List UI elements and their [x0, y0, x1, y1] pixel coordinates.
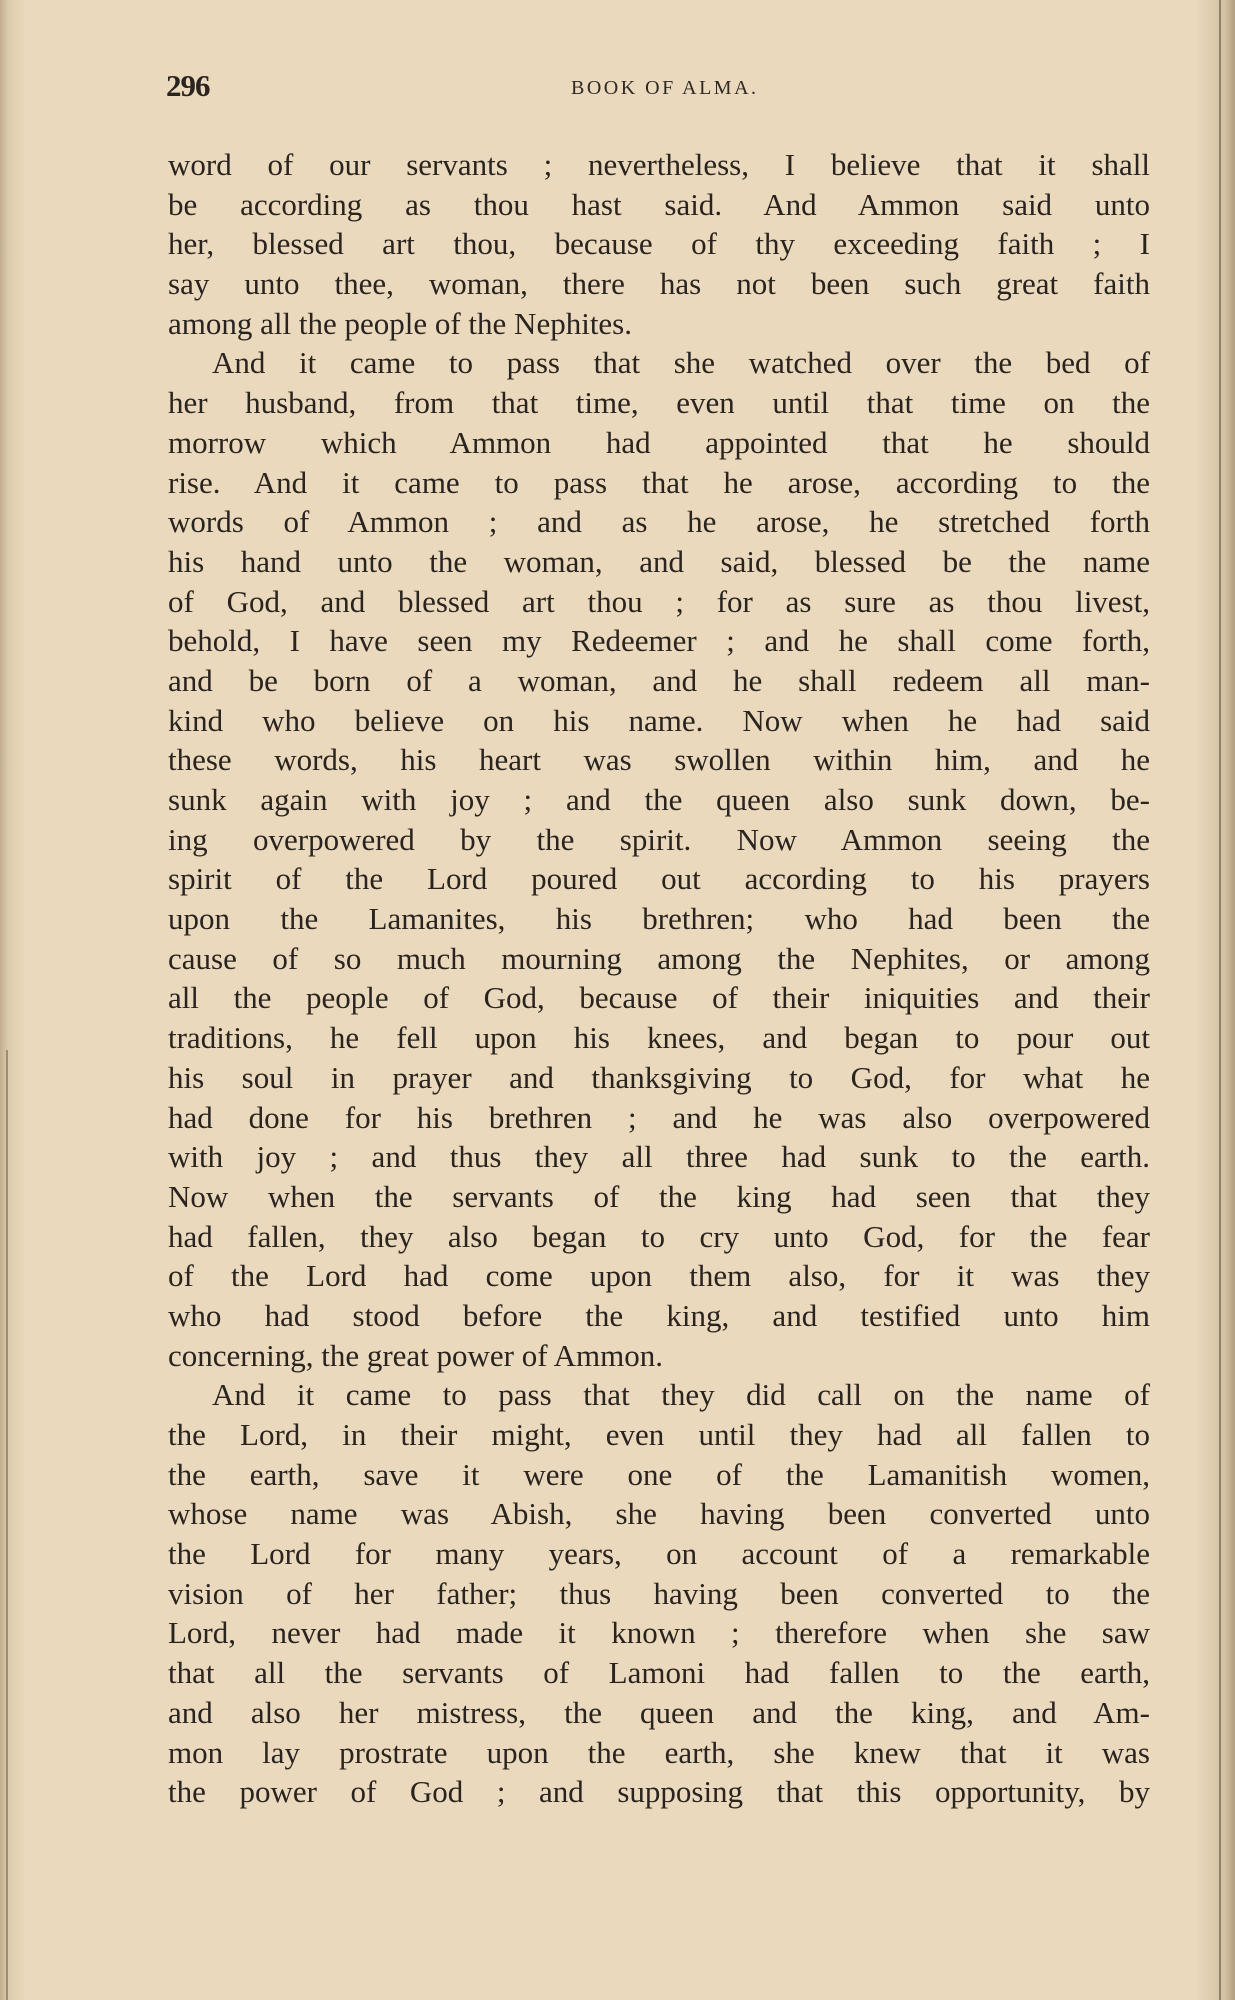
text-line: vision of her father; thus having been c… — [168, 1574, 1150, 1614]
body-text: word of our servants ; nevertheless, I b… — [168, 145, 1150, 1812]
text-line: and also her mistress, the queen and the… — [168, 1693, 1150, 1733]
page-edge-right — [1219, 0, 1221, 2000]
text-line: And it came to pass that she watched ove… — [168, 343, 1150, 383]
text-line: concerning, the great power of Ammon. — [168, 1336, 1150, 1376]
text-line: behold, I have seen my Redeemer ; and he… — [168, 621, 1150, 661]
text-line: and be born of a woman, and he shall red… — [168, 661, 1150, 701]
text-line: the Lord, in their might, even until the… — [168, 1415, 1150, 1455]
text-line: Lord, never had made it known ; therefor… — [168, 1613, 1150, 1653]
text-line: among all the people of the Nephites. — [168, 304, 1150, 344]
text-line: these words, his heart was swollen withi… — [168, 740, 1150, 780]
text-line: say unto thee, woman, there has not been… — [168, 264, 1150, 304]
text-line: And it came to pass that they did call o… — [168, 1375, 1150, 1415]
running-title: BOOK OF ALMA. — [571, 77, 759, 100]
text-line: who had stood before the king, and testi… — [168, 1296, 1150, 1336]
text-line: whose name was Abish, she having been co… — [168, 1494, 1150, 1534]
text-line: upon the Lamanites, his brethren; who ha… — [168, 899, 1150, 939]
text-line: the Lord for many years, on account of a… — [168, 1534, 1150, 1574]
text-line: his soul in prayer and thanksgiving to G… — [168, 1058, 1150, 1098]
text-line: sunk again with joy ; and the queen also… — [168, 780, 1150, 820]
text-line: that all the servants of Lamoni had fall… — [168, 1653, 1150, 1693]
text-line: traditions, he fell upon his knees, and … — [168, 1018, 1150, 1058]
book-page: 296 BOOK OF ALMA. word of our servants ;… — [0, 0, 1235, 2000]
text-line: all the people of God, because of their … — [168, 978, 1150, 1018]
text-line: cause of so much mourning among the Neph… — [168, 939, 1150, 979]
text-line: spirit of the Lord poured out according … — [168, 859, 1150, 899]
page-edge-left — [6, 1050, 8, 2000]
text-line: of God, and blessed art thou ; for as su… — [168, 582, 1150, 622]
text-line: words of Ammon ; and as he arose, he str… — [168, 502, 1150, 542]
text-line: the power of God ; and supposing that th… — [168, 1772, 1150, 1812]
text-line: with joy ; and thus they all three had s… — [168, 1137, 1150, 1177]
text-line: morrow which Ammon had appointed that he… — [168, 423, 1150, 463]
page-number: 296 — [166, 68, 210, 104]
text-line: her, blessed art thou, because of thy ex… — [168, 224, 1150, 264]
text-line: her husband, from that time, even until … — [168, 383, 1150, 423]
text-line: his hand unto the woman, and said, bless… — [168, 542, 1150, 582]
text-line: Now when the servants of the king had se… — [168, 1177, 1150, 1217]
text-line: mon lay prostrate upon the earth, she kn… — [168, 1733, 1150, 1773]
text-line: rise. And it came to pass that he arose,… — [168, 463, 1150, 503]
text-line: kind who believe on his name. Now when h… — [168, 701, 1150, 741]
text-line: word of our servants ; nevertheless, I b… — [168, 145, 1150, 185]
text-line: had done for his brethren ; and he was a… — [168, 1098, 1150, 1138]
text-line: the earth, save it were one of the Laman… — [168, 1455, 1150, 1495]
text-line: had fallen, they also began to cry unto … — [168, 1217, 1150, 1257]
text-line: be according as thou hast said. And Ammo… — [168, 185, 1150, 225]
text-line: of the Lord had come upon them also, for… — [168, 1256, 1150, 1296]
running-head: 296 BOOK OF ALMA. — [166, 68, 1150, 108]
text-line: ing overpowered by the spirit. Now Ammon… — [168, 820, 1150, 860]
